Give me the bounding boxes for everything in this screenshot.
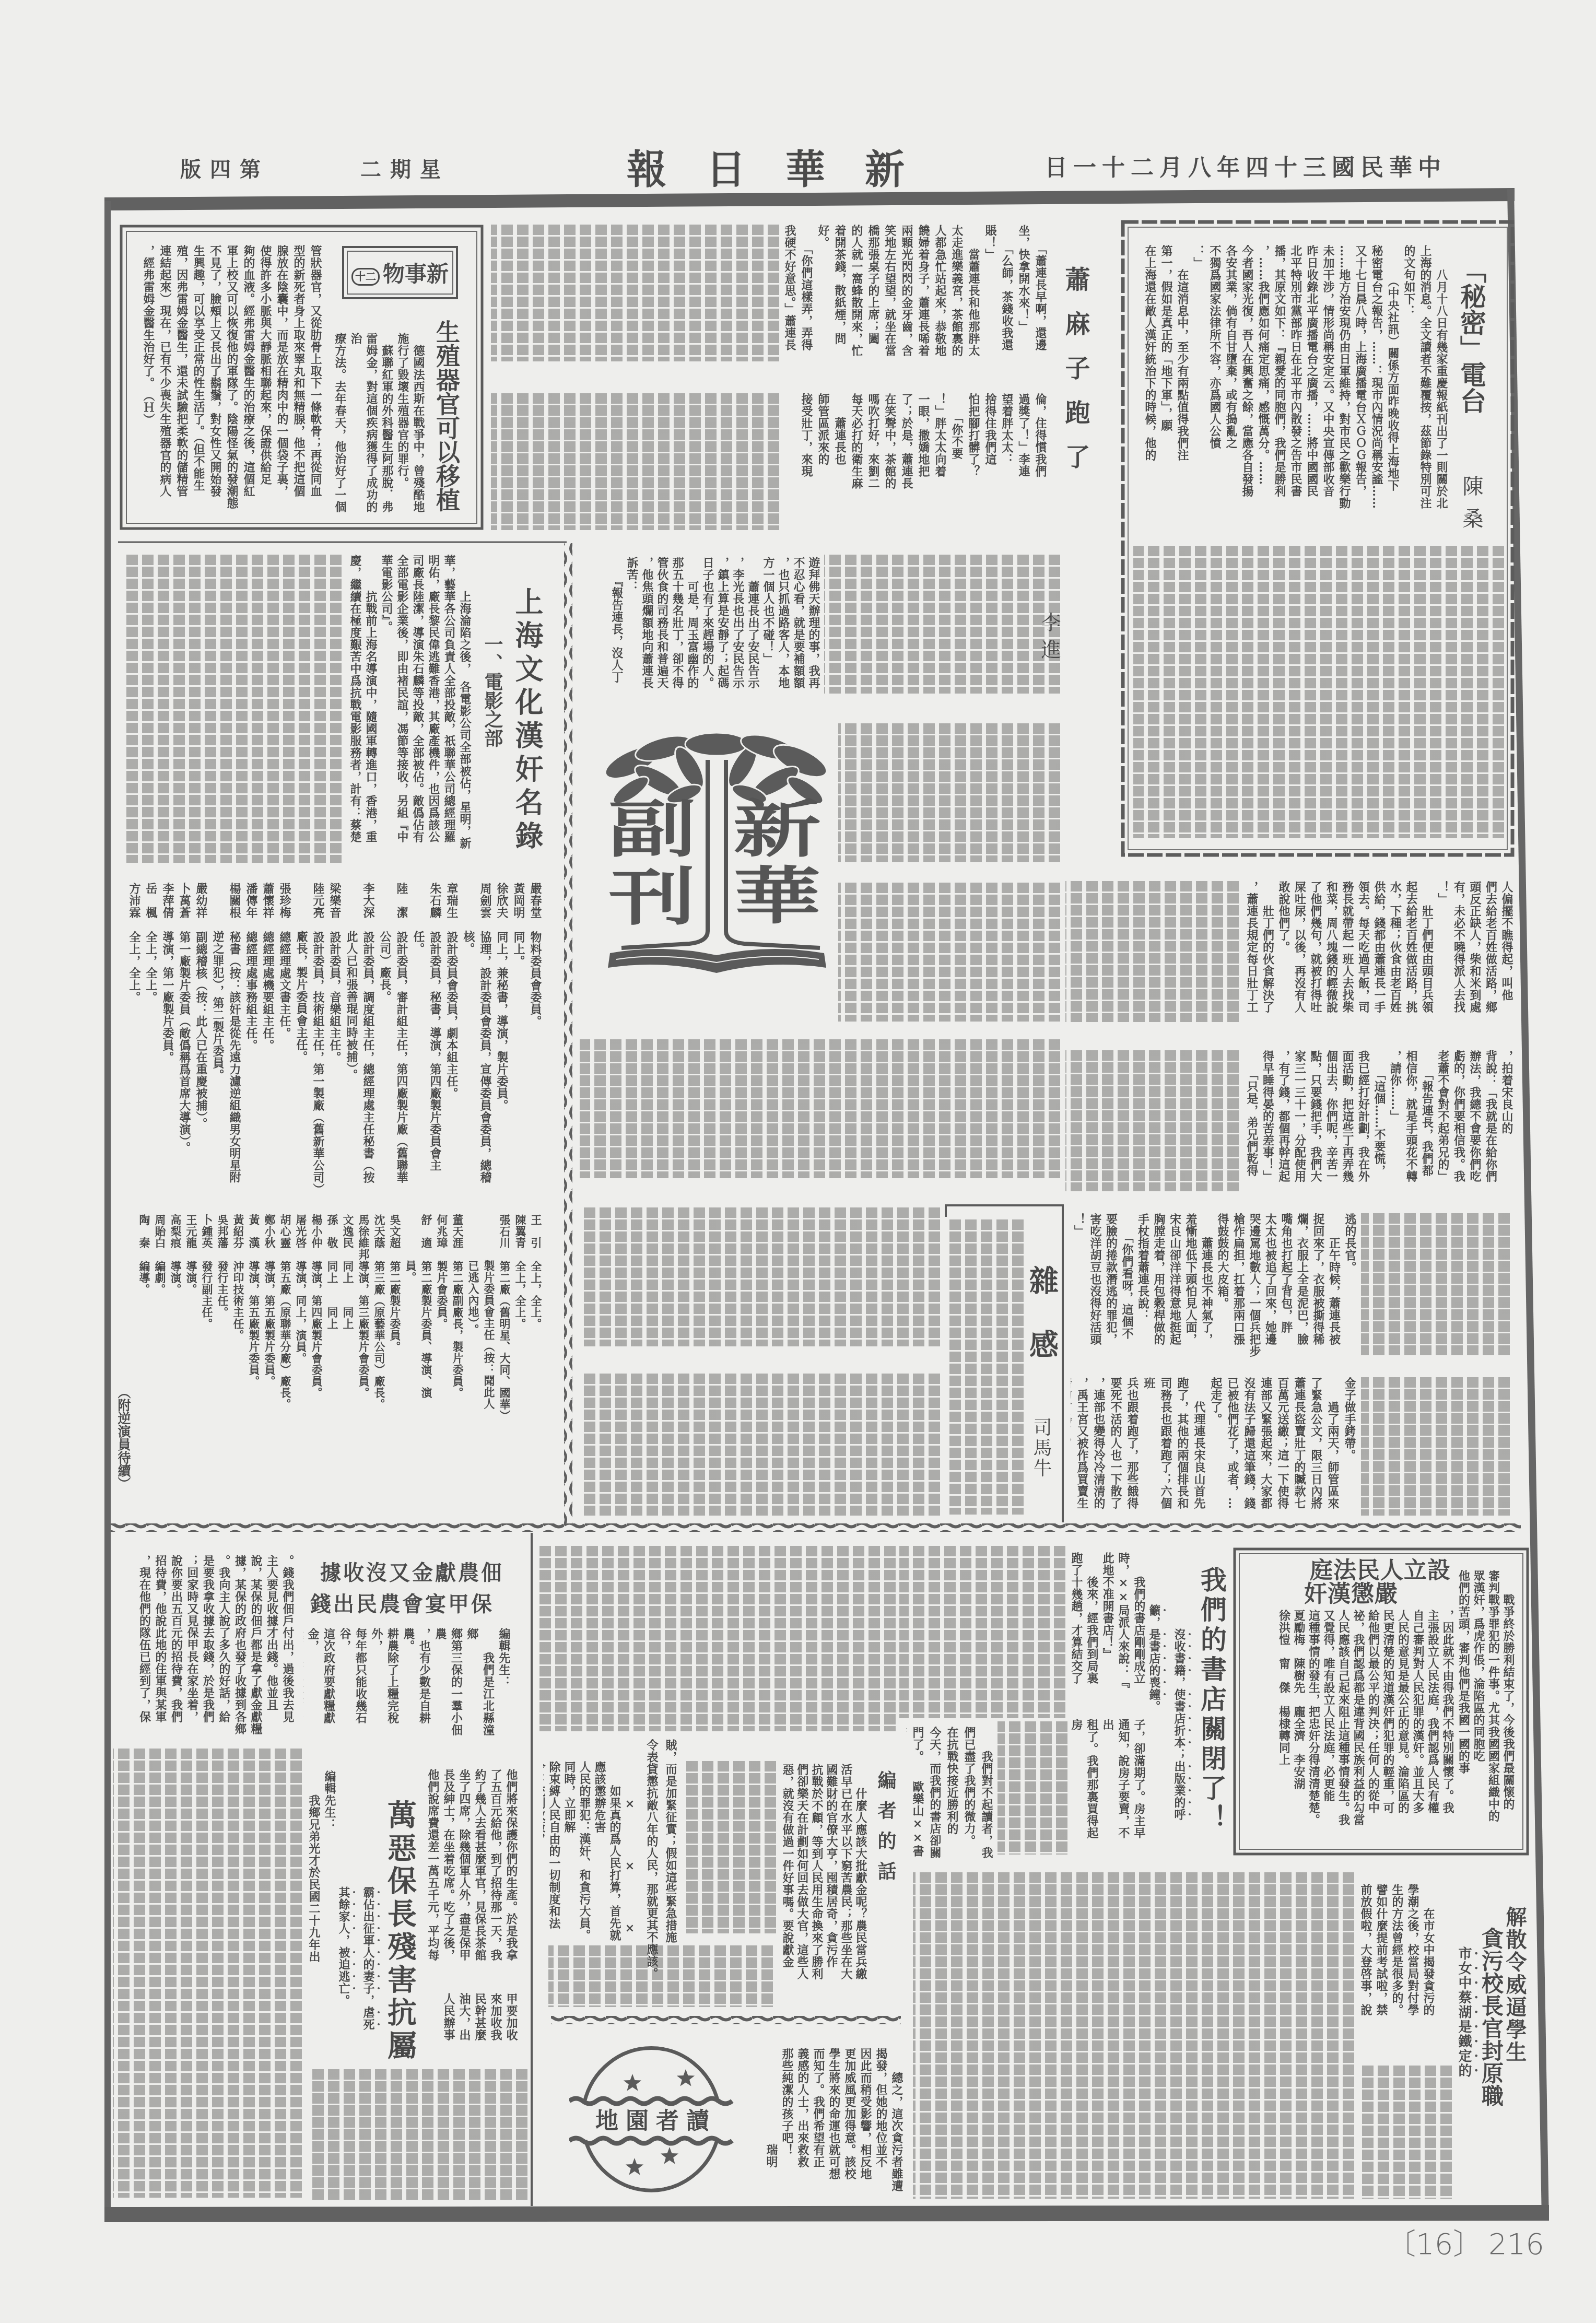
roster-entry: 陸 潔設計委員，審計組主任，第四廠製片廠（舊聯華公司）廠長。 — [377, 883, 410, 1192]
roster-entry: 屠光啓導演，同上，演員。 — [293, 1214, 309, 1417]
person-name: 卜鍾英 — [199, 1214, 215, 1260]
text-column: 嗎吹打好，來劉二 — [865, 393, 882, 530]
text-column: 日子也有了來趕場的人。 — [700, 557, 715, 694]
person-name: 張珍梅 — [276, 883, 293, 931]
person-role: 同上，兼秘書，導演，製片委員。 — [495, 931, 509, 1111]
page-number: 216 — [1488, 2230, 1544, 2259]
roster-entry: 梁樂音設計委員，音樂組主任。 — [326, 883, 343, 1192]
text-column: 門了。 歐樂山××書店 — [906, 1727, 926, 1861]
roster-entry: 黃岡明同上。 — [510, 883, 527, 1192]
person-name: 朱石麟 — [427, 883, 443, 931]
text-column: 播，其原文如下：『親愛的同胞們，我們是勝利 — [1271, 245, 1287, 527]
text-column: 他們說席費還差一萬五千元，平均每 — [425, 1769, 441, 1967]
star-icon — [626, 2158, 643, 2175]
text-column: 蕭連長出了安民告示 — [745, 557, 760, 694]
text-columns-texture — [491, 225, 779, 361]
school-subheadline: 貪污校長官封原職 — [1480, 1927, 1502, 2107]
school-headline: 解散令威逼學生 — [1504, 1906, 1525, 2063]
text-column: 招待費，他說此地的住軍與某軍 — [152, 1555, 169, 1743]
text-column: 管狀器官，又從肋骨上取下一條軟骨；再從同血 — [307, 245, 324, 524]
text-column: 審判戰爭罪犯的一件事。尤其我國國家組織中的 — [1486, 1570, 1501, 1852]
bookstore-body-bottom: 子，卻滿期了。房主早通知，說房子要賣，不出租了。我們那裏買得起房子，就是叫我們再… — [1070, 1719, 1147, 1850]
text-column: 什麼人應該大批獻金呢？農民當兵繳 — [853, 1764, 868, 1983]
person-name: 嚴春堂 — [527, 883, 544, 931]
text-column: 我硬不好意思。」蕭連長 — [781, 225, 798, 361]
text-column: 害吃洋胡豆也沒得好活頭 — [1087, 1213, 1104, 1357]
text-column: 「你們看呀，這個不 — [1119, 1213, 1135, 1357]
text-column: 全部電影企業後，即由褚民誼，馮節等接收，另組『中 — [394, 555, 410, 865]
text-column: 。錢我們佃戶付出，過後我去見 — [280, 1555, 296, 1743]
roster-entry: 王 引全上，全上。 — [528, 1214, 544, 1417]
text-column: 雷姆金，對這個疾病獲得了成功的治 — [348, 333, 379, 521]
person-name: 沈天蔭 — [371, 1214, 387, 1260]
tenant-farmers-subheadline: 保甲宴會農民出錢 — [310, 1594, 494, 1615]
text-column: 未加干涉，情形尚稱安定云。又中央宣傳部收音 — [1320, 245, 1336, 527]
text-column: 編輯先生： — [322, 1770, 337, 1979]
text-column: ，請你……」 — [1387, 1050, 1403, 1191]
roster-entry: 李大深設計委員，調度組主任，總經理處主任秘書（按此人已和張善琨同時被捕）。 — [343, 883, 377, 1192]
text-column: 在抗戰快接近勝利的 — [943, 1727, 960, 1861]
masthead-title: 新華日報 — [627, 150, 944, 190]
text-column: 「只是，弟兄們乾得 — [1244, 1050, 1260, 1191]
text-column: 抗戰前上海名導演中，隨國軍轉進口，香港，重 — [363, 555, 379, 865]
text-column: 籲，是書店的喪鐘。 — [1147, 1604, 1168, 1834]
person-role: 第二廠製片委員、導演、演員。 — [404, 1260, 433, 1398]
text-column: 面活動，把這些丁再弄幾 — [1340, 1050, 1356, 1191]
text-column: 蕭連長盜賣壯丁的贓款七 — [1291, 1377, 1308, 1517]
text-column: 捨得住我們這 — [982, 393, 999, 530]
text-column: 嘴角也打起了背包，胖 — [1278, 1213, 1295, 1357]
star-icon — [661, 2147, 678, 2164]
text-column: 生的方法曾經是很多的。 — [1389, 1884, 1405, 2027]
roster-entry: 徐欣夫同上，兼秘書，導演，製片委員。 — [494, 883, 510, 1192]
text-column: 他們將來保護你們的生產。於是我拿 — [503, 1769, 519, 1967]
text-column: 「你不要 — [948, 393, 965, 530]
roster-entry: 張珍梅總經理處文書主任。 — [276, 883, 293, 1192]
person-role: 第五廠（原聯華分廠）廠長。 — [279, 1260, 292, 1410]
roster-entry: 胡心靈第五廠（原聯華分廠）廠長。 — [277, 1214, 293, 1417]
person-role: 設計委員，技術組主任，第一製廠（舊新華公司）廠長，製片委員會主任。 — [295, 931, 325, 1189]
text-column: 沒有法子歸還這筆錢，錢 — [1241, 1377, 1258, 1517]
text-column: 供給，錢都由蕭連長一手 — [1371, 881, 1388, 1022]
text-column: 起走了。 — [1207, 1377, 1224, 1517]
person-name: 黃紹芬 — [230, 1214, 246, 1260]
person-role: 第二廠副廠長，製片委員。 — [451, 1260, 464, 1398]
text-column: 接受壯丁，來現 — [798, 393, 815, 530]
text-column: 過了兩天，師管區來 — [1324, 1377, 1341, 1517]
new-things-body: 管狀器官，又從肋骨上取下一條軟骨；再從同血型的新死者身上取來睪丸和無精腺，他不把… — [138, 245, 324, 524]
text-columns-texture — [309, 2069, 527, 2200]
text-column: 個出去，你們呢，辛苦一 — [1323, 1050, 1340, 1191]
text-column: 過獎了！」李連 — [1015, 393, 1032, 530]
text-column: 抗戰於不顧，等到人民用生命換來了勝利 — [809, 1764, 824, 1983]
person-name: 陶 秦 — [136, 1214, 152, 1260]
text-column: 羞慚地低下頭怕見人面， — [1183, 1213, 1199, 1357]
person-name: 陳翼青 — [512, 1214, 528, 1260]
text-column: 上海淪陷之後， 各電影公司全部被佔，星明，新 — [457, 555, 473, 865]
volume-marker: 〔16〕 — [1387, 2230, 1482, 2259]
text-column: 蕭連長也不神氣了， — [1199, 1213, 1215, 1357]
person-name: 王 引 — [528, 1214, 544, 1260]
text-column: 如果真的爲人民打算，首先就應該懲辦危害 — [592, 1761, 622, 1941]
roster-entry: 楊關根秘書（按：該奸是從先遠力濾逆組織男女明星附逆之罪犯），第二製片委員。 — [209, 883, 243, 1192]
text-column: 「么師，茶錢收我還 — [999, 225, 1015, 361]
text-column: 有，未必不曉得派人去找 — [1451, 881, 1467, 1022]
xiao-mazi-part6: 逃的長官。 正午時候，蕭連長被捉回來了，衣服被撕得稀爛，衣服上全是泥巴，臉嘴角也… — [1071, 1213, 1358, 1357]
star-icon — [677, 2069, 695, 2086]
text-column: 今天，而我們的書店卻關 — [926, 1727, 943, 1861]
xiao-mazi-part2: 倫，住得慣我們過獎了！」李連望着胖太太：捨得住我們這怕把腳打髒了？ 「你不要！」… — [781, 393, 1049, 530]
text-column: 北平特別市黨部昨日在北平市內散發之告市民書 — [1287, 245, 1304, 527]
text-columns-texture — [538, 1546, 896, 1731]
text-column: 我已經打好計劃，我在外 — [1355, 1050, 1371, 1191]
roster-entry: 黃紹芬沖印技術主任。 — [230, 1214, 246, 1417]
person-name: 李大深 — [360, 883, 377, 931]
text-column: 人民應該自己起來阻止這種事情發生。我 — [1336, 1610, 1351, 1851]
text-column: 水，下種；伙食由老百姓 — [1387, 881, 1403, 1022]
section-divider — [111, 1523, 1521, 1532]
text-column: ……地方治安現仍由日軍維持，對市民之歡樂行動 — [1336, 245, 1352, 527]
text-column: 不獨爲國家法律所不容，亦爲國人公憤 — [1206, 245, 1223, 527]
text-column: 壯丁們的伙食解決了 — [1260, 881, 1276, 1022]
text-column: ；回家時又見保甲長在家坐着， — [184, 1555, 201, 1743]
text-column: 鄉第三保的一羣小佃農 — [432, 1628, 464, 1745]
text-column: 總之，這次貪污者雖遭 — [889, 2048, 905, 2194]
text-column: 點，只要錢把手，我們大 — [1308, 1050, 1324, 1191]
text-column: 辦法，我總不會要你們吃 — [1467, 1050, 1483, 1191]
text-column: 昨日收錄北平廣播電台之廣播，……將中國國民 — [1304, 245, 1320, 527]
person-name: 吳邦藩 — [215, 1214, 230, 1260]
roster-entry: 舒 適第二廠製片委員、導演、演員。 — [403, 1214, 434, 1417]
tenant-farmers-body: 。錢我們佃戶付出，過後我去見主人要見收據才出錢。他並且說，某保的佃戶都是拿了獻金… — [131, 1555, 296, 1743]
text-column: 人民的罪犯：漢奸、和貪污大員。同時，立即解 — [561, 1761, 592, 1941]
people-court-headline: 設立人民法庭 — [1310, 1559, 1451, 1582]
roster-entry: 陶 秦編導。 — [136, 1214, 152, 1417]
text-column: 學生將來的命運也就可想 — [826, 2048, 842, 2194]
person-role: 副總稽核（按：此人已在重慶被捕）。 — [194, 931, 208, 1129]
text-column: 背說：「我就是在給你們 — [1483, 1050, 1499, 1191]
roster-entry: 周貽白編劇。 — [152, 1214, 168, 1417]
text-column: 司務長也跟着跑了；六個班 — [1141, 1377, 1174, 1517]
text-column: 兵也跟着跑了，那些餓得 — [1124, 1377, 1141, 1517]
text-column: 老蕭不會對不起弟兄的」 — [1435, 1050, 1451, 1191]
person-name: 黃 漢 — [246, 1214, 262, 1260]
text-column: 此地不准開書店！』 — [1100, 1552, 1116, 1692]
people-court-body: ，因此就不由得我們不特別關懷了。我主張設立人民法庭，我們認爲人民有權自己審判對人… — [1248, 1610, 1455, 1851]
text-column: 連結起來）現在，已有不少喪失生殖器官的病人 — [157, 245, 173, 524]
new-things-headline: 生殖器官可以移植 — [435, 320, 459, 512]
text-column: 蕭連長也 — [831, 393, 848, 530]
text-column: 家三一三十一，分配使用 — [1292, 1050, 1308, 1191]
text-columns-texture — [1133, 546, 1504, 838]
text-column: 手杖指着蕭連長說： — [1135, 1213, 1151, 1357]
text-column: 訴苦： — [624, 557, 639, 694]
text-column: 的人就一窩蜂散開來，忙 — [848, 225, 865, 361]
text-column: 每年都只能收幾石谷， — [337, 1628, 369, 1745]
secret-radio-body: 八月十八日有幾家重慶報紙刊出了一則關於北上海的消息。全文讀者不難覆按，茲節錄特別… — [1128, 245, 1449, 527]
text-column: 逃的長官。 — [1342, 1213, 1358, 1357]
person-name: 梁樂音 — [326, 883, 343, 931]
text-column: 夏勵梅 陳樹先 龐全濟 李安湖 — [1292, 1610, 1307, 1851]
text-column: 今者國家光復，吾人在興奮之餘，當應各自發揚 — [1239, 245, 1255, 527]
text-column: 我們對不起讀者，我 — [978, 1727, 995, 1861]
text-column: 敢說他們了。 — [1276, 881, 1292, 1022]
logo-char-xin: 新 — [733, 793, 821, 865]
text-column: 槍作扁担，扛着那兩口漲 — [1230, 1213, 1247, 1357]
roster-entry: 陳翼青全上，全上。 — [512, 1214, 528, 1417]
text-column: 胸膛走着，用包穀桿做的 — [1151, 1213, 1167, 1357]
text-column: 遊拜佛天辦理的事，我再 — [806, 557, 821, 694]
text-columns-texture — [1065, 1050, 1239, 1191]
text-column: 代理連長宋良山首先 — [1191, 1377, 1207, 1517]
secret-radio-headline: 「秘密」電台 — [1458, 257, 1484, 414]
collaborators-section: 一、電影之部 — [483, 635, 502, 747]
text-column: 百萬元送繳；這一下使得 — [1274, 1377, 1291, 1517]
tenant-farmers-lead: 編輯先生： 我們是江北縣潼鄉鄉第三保的一羣小佃農，也有少數是自耕農。耕農除了上糧… — [303, 1628, 512, 1745]
roster-entry: 文逸民同上 同上 — [340, 1214, 356, 1417]
text-column: 油大，出 — [456, 1993, 472, 2061]
text-column: 司廠長陸潔，導演朱石麟等投敵，全部被佔。敵僞佔有 — [410, 555, 426, 865]
text-column: 戰爭終於勝利結束了，今後我們最關懷的 — [1501, 1570, 1516, 1852]
person-role: 總經理處事務組主任。 — [244, 931, 258, 1051]
roster-entry: 王元龍導演。 — [183, 1214, 199, 1417]
person-name: 周劍雲 — [477, 883, 494, 931]
person-name: 章瑞生 — [443, 883, 460, 931]
person-name: 高梨痕 — [168, 1214, 183, 1260]
text-column: 務長就帶起一班人去找柴 — [1340, 881, 1356, 1022]
column-label-text: 新事物二十 — [351, 257, 449, 288]
text-column: 沒收書籍，使書店折本；出版業的呼 — [1168, 1604, 1193, 1834]
text-column: 我們是江北縣潼鄉 — [464, 1628, 496, 1745]
text-column: 蘇聯紅軍的外科醫生阿那脫．弗 — [379, 333, 395, 521]
person-name: 何兆璋 — [434, 1214, 450, 1260]
person-role: 全上，全上。 — [144, 931, 158, 1003]
roster-entry: 周劍雲協理，設計委員會委員，宣傳委員會委員，總稽核。 — [460, 883, 494, 1192]
text-column: ，蕭連長規定每日壯丁工 — [1244, 881, 1260, 1022]
person-name: 胡心靈 — [277, 1214, 293, 1260]
bookstore-subtitle: 沒收書籍，使書店折本；出版業的呼籲，是書店的喪鐘。 — [1147, 1604, 1193, 1834]
person-name: 徐欣夫 — [494, 883, 510, 931]
person-name: 鄭小秋 — [262, 1214, 277, 1260]
editor-note-headline: 編者的話 — [876, 1770, 895, 1892]
text-column: 更加威風更加得意。該校 — [842, 2048, 858, 2194]
person-name: 潘傳年 — [243, 883, 260, 931]
text-column: 約了幾人去看甚麼軍官，見保長茶館 — [472, 1769, 488, 1967]
left-border — [104, 201, 111, 2221]
roster-entry: 朱石麟設計委員，秘書，導演，第四廠製片委員會主任。 — [410, 883, 443, 1192]
readers-corner-rule — [551, 2016, 901, 2024]
text-column: 夠的血液。經弗雷姆金醫生的治療之後，這個紅 — [240, 245, 257, 524]
text-column: 又十七日晨八時，上海廣播電台ＸＧＯＧ報告， — [1352, 245, 1368, 527]
roster-entry: 高梨痕導演。 — [168, 1214, 183, 1417]
roster-entry: 卜萬蒼第一廠製片委員（敵僞稱爲首席大導演）。 — [176, 883, 193, 1192]
text-column: ，禹王宮又被作爲買賣生 — [1074, 1377, 1090, 1517]
roster-entry: 李萍倩導演，第一廠製片委員。 — [159, 883, 176, 1192]
text-column: 是要我拿收據去取錢，於是我們 — [200, 1555, 216, 1743]
text-column: 秘密電台之報告，……：現市內情況尚稱安謐…… — [1368, 245, 1384, 527]
person-name: 王元龍 — [183, 1214, 199, 1260]
school-kicker: 市女中蔡湖是鐵定的 — [1456, 1946, 1480, 2078]
text-columns-texture — [580, 1039, 1060, 1178]
text-column: 那五十幾名壯丁，卻不得 — [670, 557, 685, 694]
text-column: ，鎮上算是安靜了；起碼 — [715, 557, 730, 694]
collaborators-roster-upper: 嚴春堂物料委員會委員。黃岡明同上。徐欣夫同上，兼秘書，導演，製片委員。周劍雲協理… — [118, 883, 544, 1192]
column-number: 二十 — [351, 268, 380, 286]
person-role: 導演。 — [169, 1260, 182, 1295]
text-column: 耕農除了上糧完稅外， — [369, 1628, 401, 1745]
text-column: 八月十八日有幾家重慶報紙刊出了一則關於北 — [1433, 245, 1449, 527]
person-role: 總經理處文書主任。 — [278, 931, 291, 1039]
text-column: × × × — [622, 1761, 637, 1941]
person-name: 張石川 — [497, 1214, 512, 1260]
text-column: 療方法。去年春天，他治好了一個紅 — [332, 333, 348, 521]
text-column: 了緊急公文，限三日內將 — [1308, 1377, 1324, 1517]
person-role: 協理，設計委員會委員，宣傳委員會委員，總稽核。 — [462, 931, 492, 1183]
roster-entry: 董天涯第二廠副廠長，製片委員。 — [450, 1214, 465, 1417]
bookstore-body-top: 我們的書店剛剛成立時，××局派人來說：『此地不准開書店！』 後來，經我們到局裏跑… — [1070, 1552, 1147, 1692]
text-column: 揭發，但她的地位並不 — [873, 2048, 889, 2194]
text-columns-texture — [1065, 881, 1239, 1022]
text-column: 「蕭連長早啊，還邊 — [1032, 225, 1049, 361]
text-columns-texture — [949, 1219, 1024, 1515]
evil-baozhang-headline: 萬惡保長殘害抗屬 — [385, 1800, 415, 2063]
text-columns-texture — [1359, 2066, 1452, 2199]
text-column: 來加收我 — [488, 1993, 503, 2061]
text-column: 甲要加收 — [503, 1993, 519, 2061]
bookstore-headline: 我們的書店關閉了！ — [1199, 1566, 1225, 1834]
text-column: 後來，經我們到局裏 — [1084, 1552, 1100, 1692]
text-column: 在市女中揭發貪污的 — [1421, 1884, 1436, 2027]
text-column: ，拍着宋良山的 — [1499, 1050, 1515, 1191]
person-role: 第三廠（原藝華公司）廠長。 — [373, 1260, 386, 1410]
person-role: 設計委員，調度組主任，總經理處主任秘書（按此人已和張善琨同時被捕）。 — [345, 931, 375, 1183]
roster-entry: 何兆璋製片會委員。 — [434, 1214, 450, 1417]
person-role: 編劇。 — [154, 1260, 167, 1295]
text-column: 相信你，就是手頭花不轉 — [1403, 1050, 1419, 1191]
roster-entry: 蕭懷祥總經理處機要組主任。 — [260, 883, 276, 1192]
text-column: 霸佔出征軍人的妻子，虐死 — [357, 1886, 382, 2043]
text-column: 了；於是，蕭連長 — [898, 393, 915, 530]
text-column: 徐洪愷 甯 傑 楊棣轉同上 — [1276, 1610, 1292, 1851]
miscellany-headline: 雜感 — [1027, 1265, 1057, 1393]
text-column: 別人煽惑他們，大肆其審 — [1357, 1884, 1358, 2027]
text-columns-texture — [113, 1749, 302, 2198]
text-column: 已被他們花了，或者，… — [1224, 1377, 1241, 1517]
person-role: 秘書（按：該奸是從先遠力濾逆組織男女明星附逆之罪犯），第二製片委員。 — [211, 931, 241, 1183]
text-column: 坐，快拿開水來！」 — [1015, 225, 1032, 361]
text-column: 跑了十幾趟，才算結交了 — [1070, 1552, 1084, 1692]
person-role: 設計委員，音樂組主任。 — [328, 931, 342, 1063]
logo-char-hua: 華 — [733, 860, 821, 932]
text-column: 軍上校又可以恢復他的軍隊了。陰陽怪氣的發潮態 — [224, 245, 240, 524]
text-column: 了五百元給他，到了招待那一天，我 — [488, 1769, 503, 1967]
secret-radio-byline: 陳桑 — [1461, 475, 1482, 540]
text-columns-texture — [899, 1546, 1065, 1718]
text-column: 兩顆光閃閃的金牙齒，含 — [898, 225, 915, 361]
collaborators-roster-lower: 王 引全上，全上。陳翼青全上，全上。張石川第二廠（舊明星、大同、國華）製片委員會… — [133, 1214, 544, 1417]
editor-note-continued: × × × 如果真的爲人民打算，首先就應該懲辦危害人民的罪犯：漢奸、和貪污大員。… — [543, 1761, 637, 1941]
text-column: 華，藝華各公司負責人全部投敵，祇聯華公司總經理羅 — [441, 555, 457, 865]
roster-entry: 岳 楓全上，全上。 — [143, 883, 159, 1192]
text-column: 慶，繼續在極度艱苦中爲抗戰電影服務者，計有：蔡楚 — [347, 555, 363, 865]
text-column: 得早睡得晏的苦差事！」 — [1260, 1050, 1276, 1191]
text-columns-texture — [997, 1721, 1067, 1855]
roster-entry: 方沛霖全上，全上。 — [126, 883, 143, 1192]
text-column: 德國法西斯在戰爭中，曾殘酷地 — [410, 333, 426, 521]
person-role: 全上，全上。 — [530, 1260, 543, 1329]
person-name: 馬徐維邦 — [356, 1214, 371, 1260]
text-column: 前放假啦，大登啓事，說 — [1358, 1884, 1374, 2027]
text-column: 我們沒有獻糧的資格， — [303, 1628, 305, 1745]
person-role: 沖印技術主任。 — [232, 1260, 245, 1341]
text-column: 倫，住得慣我們 — [1032, 393, 1049, 530]
text-column: 管伙食的司務長和普遍天 — [654, 557, 670, 694]
text-column: 腺放在陰囊中，而是放在精肉中的一個袋子裏， — [274, 245, 290, 524]
logo-char-fu: 副 — [608, 793, 696, 865]
person-role: 總經理處機要組主任。 — [261, 931, 275, 1051]
supplement-logo: 新 華 副 刊 — [601, 723, 830, 974]
text-column: 在這消息中，至少有兩點值得我們注 — [1174, 245, 1190, 527]
star-icon — [624, 2074, 641, 2091]
edition-number: 第四版 — [180, 159, 269, 180]
person-role: 製片會委員。 — [436, 1260, 449, 1329]
text-column: 和菜，周八塊錢的輕微說 — [1323, 881, 1340, 1022]
person-name: 嚴幼祥 — [193, 883, 209, 931]
text-column: 他們的苦頭，審判他們是我國一國的事 — [1456, 1570, 1471, 1852]
text-columns-texture — [548, 1945, 773, 2007]
person-name: 周貽白 — [152, 1214, 168, 1260]
text-column: 們去給老百姓做活路，鄉 — [1483, 881, 1499, 1022]
text-column: 據，某保的政府也發了收據到各鄉 — [232, 1555, 248, 1743]
text-column: ，也有少數是自耕農。 — [401, 1628, 432, 1745]
text-columns-texture — [580, 1374, 940, 1516]
person-role: 設計委員，秘書，導演，第四廠製片委員會主任。 — [412, 931, 442, 1171]
text-column: 編輯先生： — [496, 1628, 512, 1745]
text-column: ，連部也變得冷冷清清的 — [1090, 1377, 1107, 1517]
person-name: 楊關根 — [226, 883, 243, 931]
text-column: 橋那張桌子的上席；闔 — [865, 225, 882, 361]
text-column: 使得許多小脈與大靜脈相聯起來，保證供給足 — [257, 245, 274, 524]
text-columns-texture — [491, 393, 779, 530]
text-column: 要臉的捲款潛逃的罪犯， — [1103, 1213, 1119, 1357]
weekday: 星期二 — [360, 159, 450, 180]
text-column: 祕，我們認爲都是違背國民族利益的勾當 — [1351, 1610, 1366, 1851]
person-role: 導演。 — [185, 1260, 198, 1295]
roster-entry: 吳文超第二廠製片委員。 — [387, 1214, 403, 1417]
text-column: ！」胖太太向着 — [932, 393, 948, 530]
text-column: 國難財的官僚大亨，囤積居奇，貪污作 — [824, 1764, 839, 1983]
column-name: 新事物 — [383, 261, 449, 287]
open-book-icon — [608, 949, 826, 973]
person-role: 全上，全上。 — [127, 931, 141, 1003]
text-columns-texture — [126, 555, 342, 863]
text-column: 爛，衣服上全是泥巴，臉 — [1294, 1213, 1310, 1357]
person-name: 陸 潔 — [393, 883, 410, 931]
person-role: 導演，第三廠製片會委員。 — [357, 1260, 370, 1398]
text-column: 而知了。我們希望有正 — [811, 2048, 826, 2194]
text-column: 。我向主人說了多久的好話，給 — [216, 1555, 232, 1743]
text-column: 長及紳士，在坐着吃席。吃了之後， — [441, 1769, 456, 1967]
text-column: 當蕭連長和他那胖太 — [965, 225, 982, 361]
text-columns-texture — [838, 723, 1060, 862]
person-role: 物料委員會委員。 — [529, 931, 542, 1027]
text-column: 眾漢奸，爲虎作倀，淪陷區的同胞吃 — [1471, 1570, 1486, 1852]
text-column: ：」 — [1190, 245, 1206, 527]
text-column: 子，卻滿期了。房主早 — [1131, 1719, 1147, 1850]
text-columns-texture — [682, 1761, 776, 1933]
text-column: 時，××局派人來說：『 — [1116, 1552, 1131, 1692]
text-column: 起去給老百姓做活路，挑 — [1403, 881, 1419, 1022]
